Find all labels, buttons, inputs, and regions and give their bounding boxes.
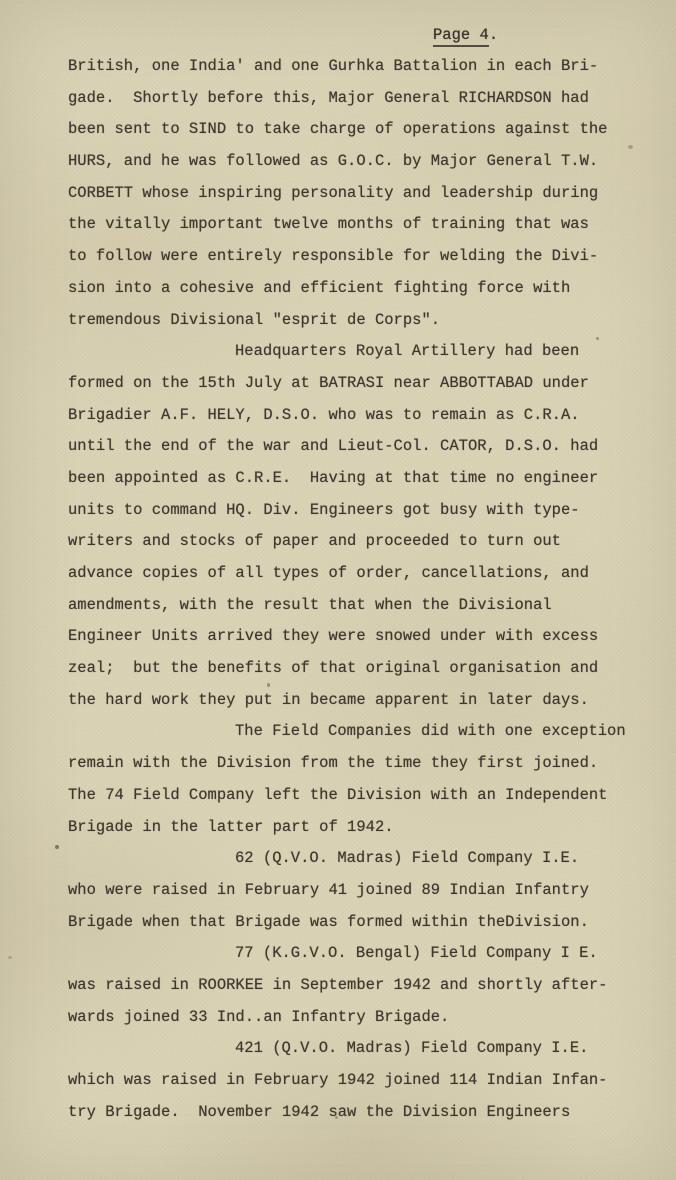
text-line: remain with the Division from the time t… <box>68 748 628 780</box>
document-body: British, one India' and one Gurhka Batta… <box>68 51 628 1128</box>
ink-speck <box>596 337 599 340</box>
text-line: The Field Companies did with one excepti… <box>68 716 628 748</box>
text-line: Brigade when that Brigade was formed wit… <box>68 907 628 939</box>
text-line: The 74 Field Company left the Division w… <box>68 780 628 812</box>
text-line: been sent to SIND to take charge of oper… <box>68 114 628 146</box>
text-line: Engineer Units arrived they were snowed … <box>68 621 628 653</box>
text-line: 62 (Q.V.O. Madras) Field Company I.E. <box>68 843 628 875</box>
text-line: to follow were entirely responsible for … <box>68 241 628 273</box>
text-line: been appointed as C.R.E. Having at that … <box>68 463 628 495</box>
text-line: Headquarters Royal Artillery had been <box>68 336 628 368</box>
text-line: writers and stocks of paper and proceede… <box>68 526 628 558</box>
text-line: CORBETT whose inspiring personality and … <box>68 178 628 210</box>
text-line: amendments, with the result that when th… <box>68 590 628 622</box>
text-line: who were raised in February 41 joined 89… <box>68 875 628 907</box>
ink-speck <box>335 1116 338 1119</box>
text-line: wards joined 33 Ind..an Infantry Brigade… <box>68 1002 628 1034</box>
text-line: advance copies of all types of order, ca… <box>68 558 628 590</box>
ink-speck <box>8 956 12 959</box>
text-line: formed on the 15th July at BATRASI near … <box>68 368 628 400</box>
text-line: until the end of the war and Lieut-Col. … <box>68 431 628 463</box>
text-line: sion into a cohesive and efficient fight… <box>68 273 628 305</box>
text-line: the hard work they put in became apparen… <box>68 685 628 717</box>
text-line: HURS, and he was followed as G.O.C. by M… <box>68 146 628 178</box>
text-line: 421 (Q.V.O. Madras) Field Company I.E. <box>68 1033 628 1065</box>
page-number-period: . <box>489 26 498 44</box>
text-line: the vitally important twelve months of t… <box>68 209 628 241</box>
ink-speck <box>55 845 59 849</box>
document-page: Page 4. British, one India' and one Gurh… <box>0 0 676 1180</box>
text-line: gade. Shortly before this, Major General… <box>68 83 628 115</box>
text-line: tremendous Divisional "esprit de Corps". <box>68 305 628 337</box>
ink-speck <box>267 683 270 687</box>
text-line: 77 (K.G.V.O. Bengal) Field Company I E. <box>68 938 628 970</box>
page-header: Page 4. <box>433 26 498 44</box>
text-line: try Brigade. November 1942 saw the Divis… <box>68 1097 628 1129</box>
text-line: British, one India' and one Gurhka Batta… <box>68 51 628 83</box>
text-line: was raised in ROORKEE in September 1942 … <box>68 970 628 1002</box>
text-line: which was raised in February 1942 joined… <box>68 1065 628 1097</box>
text-line: Brigadier A.F. HELY, D.S.O. who was to r… <box>68 400 628 432</box>
text-line: Brigade in the latter part of 1942. <box>68 812 628 844</box>
page-number-label: Page 4 <box>433 26 489 47</box>
text-line: units to command HQ. Div. Engineers got … <box>68 495 628 527</box>
ink-speck <box>628 145 633 149</box>
text-line: zeal; but the benefits of that original … <box>68 653 628 685</box>
